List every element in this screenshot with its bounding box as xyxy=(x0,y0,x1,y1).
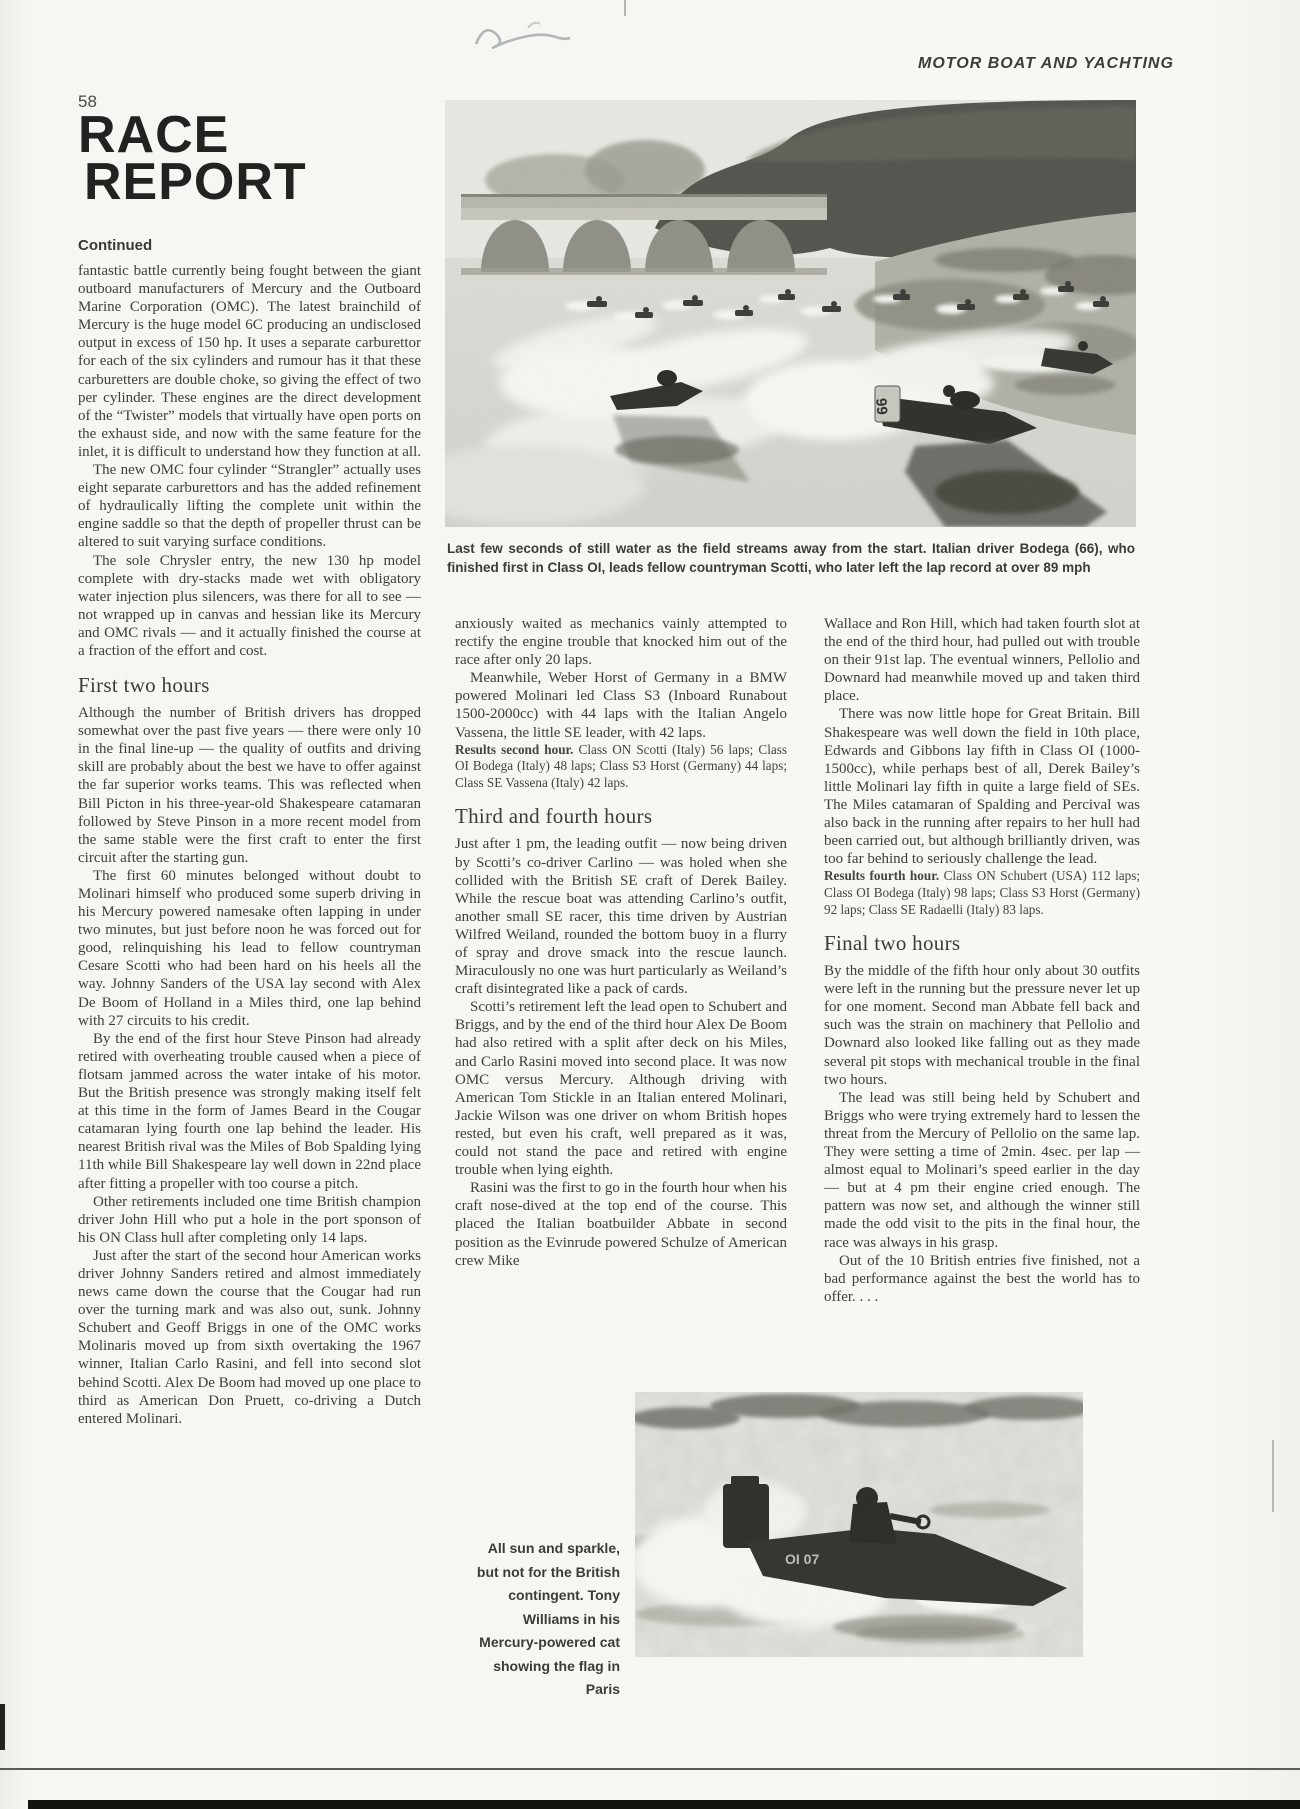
race-report-logo: RACE REPORT xyxy=(78,112,307,206)
scan-shadow-band xyxy=(28,1800,1300,1809)
results-fourth-hour: Results fourth hour. Class ON Schubert (… xyxy=(824,868,1140,918)
paragraph: Meanwhile, Weber Horst of Germany in a B… xyxy=(455,669,787,741)
race-start-photo: 66 xyxy=(445,100,1136,527)
paragraph: The lead was still being held by Schuber… xyxy=(824,1089,1140,1252)
right-column: Wallace and Ron Hill, which had taken fo… xyxy=(824,615,1140,1306)
results-label: Results second hour. xyxy=(455,742,573,757)
section-heading-final-two-hours: Final two hours xyxy=(824,931,1140,955)
scan-dash-artifact xyxy=(624,0,626,16)
bottom-rule xyxy=(0,1768,1300,1770)
continued-label: Continued xyxy=(78,237,152,254)
middle-column: anxiously waited as mechanics vainly att… xyxy=(455,615,787,1270)
paragraph: The new OMC four cylinder “Strangler” ac… xyxy=(78,461,421,551)
paragraph: Although the number of British drivers h… xyxy=(78,704,421,867)
bottom-photo-caption: All sun and sparkle, but not for the Bri… xyxy=(468,1537,620,1702)
tony-williams-photo: OI 07 xyxy=(635,1392,1083,1657)
photo-grain xyxy=(445,100,1136,527)
magazine-page: 58 MOTOR BOAT AND YACHTING RACE REPORT C… xyxy=(0,0,1300,1809)
scan-edge-mark xyxy=(0,1704,5,1750)
race-report-logo-line1: RACE xyxy=(78,112,307,159)
section-heading-third-fourth-hours: Third and fourth hours xyxy=(455,804,787,828)
left-column: fantastic battle currently being fought … xyxy=(78,262,421,1428)
top-photo-caption: Last few seconds of still water as the f… xyxy=(447,540,1135,577)
results-label: Results fourth hour. xyxy=(824,868,939,883)
paragraph: The first 60 minutes belonged without do… xyxy=(78,867,421,1030)
magazine-title: MOTOR BOAT AND YACHTING xyxy=(918,55,1178,73)
paragraph: By the middle of the fifth hour only abo… xyxy=(824,962,1140,1089)
paragraph: By the end of the first hour Steve Pinso… xyxy=(78,1030,421,1193)
paragraph: anxiously waited as mechanics vainly att… xyxy=(455,615,787,669)
paragraph: Out of the 10 British entries five finis… xyxy=(824,1252,1140,1306)
paragraph: Other retirements included one time Brit… xyxy=(78,1193,421,1247)
paragraph: Rasini was the first to go in the fourth… xyxy=(455,1179,787,1269)
photo-grain xyxy=(635,1392,1083,1657)
paragraph: Scotti’s retirement left the lead open t… xyxy=(455,998,787,1179)
paragraph: There was now little hope for Great Brit… xyxy=(824,705,1140,868)
section-heading-first-two-hours: First two hours xyxy=(78,673,421,697)
race-report-logo-line2: REPORT xyxy=(84,159,307,206)
paragraph: Just after 1 pm, the leading outfit — no… xyxy=(455,835,787,998)
paragraph: fantastic battle currently being fought … xyxy=(78,262,421,461)
scan-dash-artifact xyxy=(1272,1440,1274,1512)
results-second-hour: Results second hour. Class ON Scotti (It… xyxy=(455,742,787,792)
paragraph: Just after the start of the second hour … xyxy=(78,1247,421,1428)
paragraph: Wallace and Ron Hill, which had taken fo… xyxy=(824,615,1140,705)
paragraph: The sole Chrysler entry, the new 130 hp … xyxy=(78,552,421,661)
pen-squiggle-artifact xyxy=(470,16,590,58)
